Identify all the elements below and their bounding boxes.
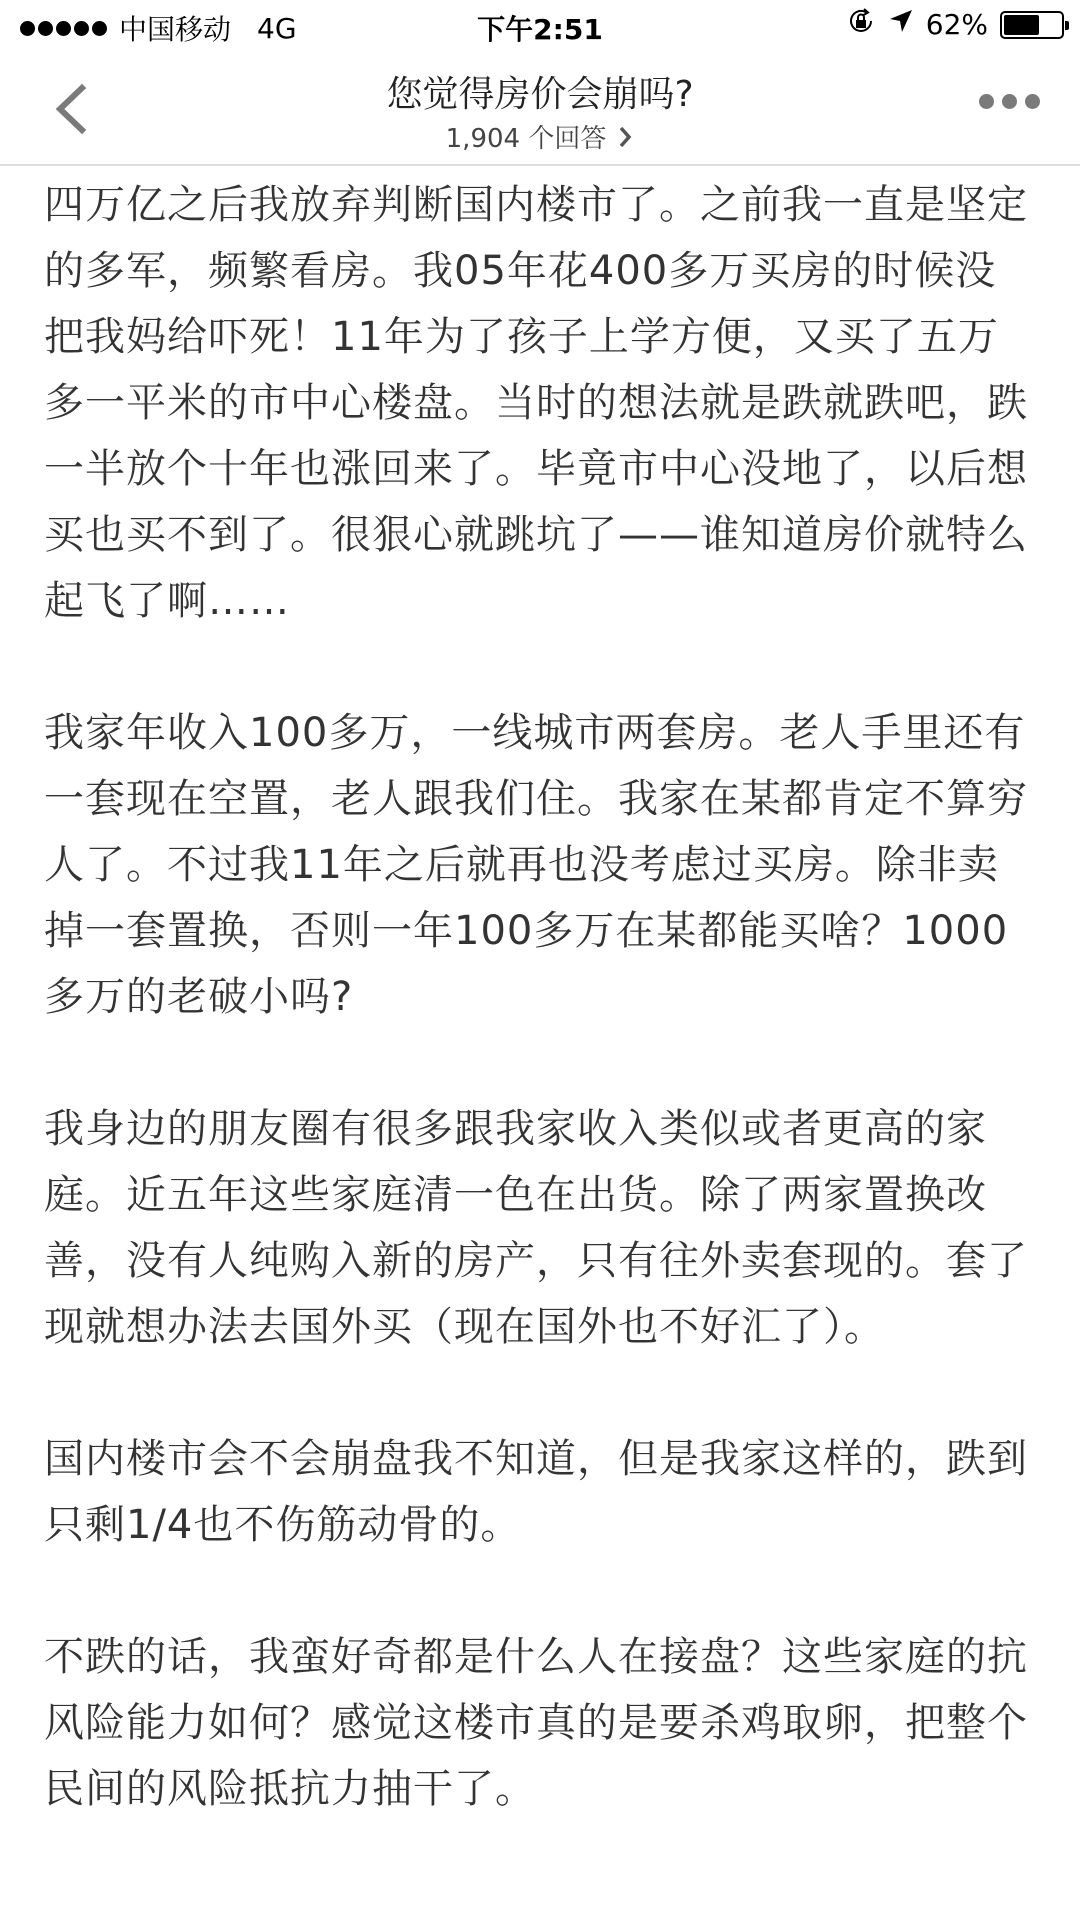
more-button[interactable] xyxy=(979,94,1040,109)
rotation-lock-icon xyxy=(846,6,876,43)
answers-count: 1,904 个回答 xyxy=(446,118,607,155)
battery-icon xyxy=(1000,11,1064,39)
status-bar: 中国移动 4G 下午2:51 62% xyxy=(0,0,1080,52)
answer-paragraph: 国内楼市会不会崩盘我不知道，但是我家这样的，跌到只剩1/4也不伤筋动骨的。 xyxy=(44,1426,1034,1558)
nav-bar: 您觉得房价会崩吗? 1,904 个回答 xyxy=(0,52,1080,166)
more-dots-icon xyxy=(979,94,994,109)
answers-count-link[interactable]: 1,904 个回答 xyxy=(0,118,1080,155)
answer-paragraph: 我家年收入100多万，一线城市两套房。老人手里还有一套现在空置，老人跟我们住。我… xyxy=(44,700,1034,1030)
battery-percent: 62% xyxy=(926,8,988,41)
answer-body: 四万亿之后我放弃判断国内楼市了。之前我一直是坚定的多军，频繁看房。我05年花40… xyxy=(44,172,1034,1888)
answer-paragraph: 不跌的话，我蛮好奇都是什么人在接盘？这些家庭的抗风险能力如何？感觉这楼市真的是要… xyxy=(44,1624,1034,1822)
chevron-right-icon xyxy=(616,124,634,150)
page-title: 您觉得房价会崩吗? xyxy=(0,66,1080,117)
answer-paragraph: 我身边的朋友圈有很多跟我家收入类似或者更高的家庭。近五年这些家庭清一色在出货。除… xyxy=(44,1096,1034,1360)
status-right: 62% xyxy=(846,6,1064,43)
location-arrow-icon xyxy=(888,8,914,41)
answer-paragraph: 四万亿之后我放弃判断国内楼市了。之前我一直是坚定的多军，频繁看房。我05年花40… xyxy=(44,172,1034,634)
